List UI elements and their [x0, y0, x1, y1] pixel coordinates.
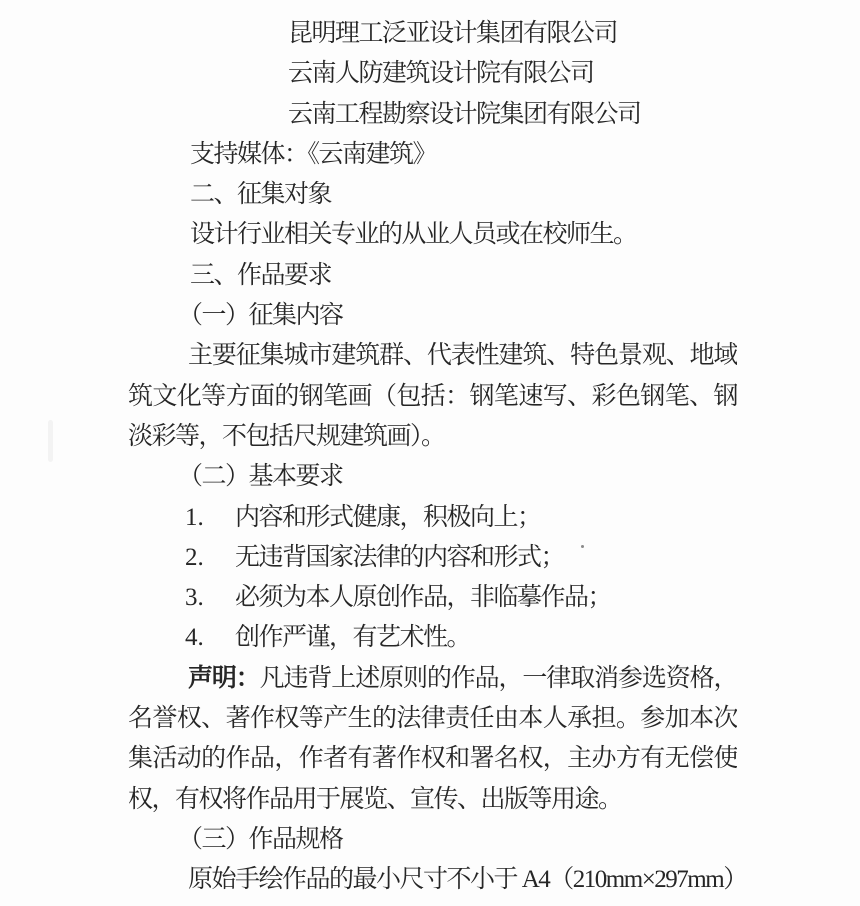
support-media-line: 支持媒体：《云南建筑》 [128, 135, 737, 175]
scan-artifact-smudge [48, 420, 53, 462]
declaration-label: 声明： [188, 665, 260, 692]
list-item-text: 无违背国家法律的内容和形式； [235, 544, 564, 571]
scan-artifact-dot [581, 545, 584, 548]
paragraph-line: 淡彩等，不包括尺规建筑画）。 [128, 417, 737, 457]
list-item-text: 创作严谨，有艺术性。 [235, 624, 470, 651]
declaration-line: 权，有权将作品用于展览、宣传、出版等用途。 [128, 780, 737, 820]
list-item-text: 必须为本人原创作品，非临摹作品； [235, 584, 611, 611]
paragraph-line: 筑文化等方面的钢笔画（包括：钢笔速写、彩色钢笔、钢笔 [128, 377, 737, 417]
declaration-line: 声明：凡违背上述原则的作品，一律取消参选资格，因 [128, 659, 737, 699]
list-item: 4.创作严谨，有艺术性。 [128, 618, 737, 658]
subsection-1-heading: （一）征集内容 [128, 296, 737, 336]
list-item-number: 4. [185, 618, 235, 658]
list-item: 3.必须为本人原创作品，非临摹作品； [128, 578, 737, 618]
paragraph-line: 原始手绘作品的最小尺寸不小于 A4（210mm×297mm） [128, 860, 737, 900]
declaration-line: 名誉权、著作权等产生的法律责任由本人承担。参加本次征 [128, 699, 737, 739]
paragraph-line: 主要征集城市建筑群、代表性建筑、特色景观、地域建 [128, 336, 737, 376]
subsection-3-heading: （三）作品规格 [128, 820, 737, 860]
list-item-text: 内容和形式健康，积极向上； [235, 504, 541, 531]
organizer-line: 昆明理工泛亚设计集团有限公司 [128, 14, 737, 54]
list-item-number: 2. [185, 538, 235, 578]
subsection-2-heading: （二）基本要求 [128, 457, 737, 497]
scanned-document-page: { "page": { "background": "#fdfdfd", "te… [0, 0, 860, 906]
organizer-line: 云南工程勘察设计院集团有限公司 [128, 95, 737, 135]
section-3-heading: 三、作品要求 [128, 256, 737, 296]
section-2-heading: 二、征集对象 [128, 175, 737, 215]
organizer-line: 云南人防建筑设计院有限公司 [128, 54, 737, 94]
declaration-text: 凡违背上述原则的作品，一律取消参选资格，因 [188, 665, 737, 699]
list-item: 2.无违背国家法律的内容和形式； [128, 538, 737, 578]
list-item-number: 1. [185, 498, 235, 538]
document-text-block: 昆明理工泛亚设计集团有限公司 云南人防建筑设计院有限公司 云南工程勘察设计院集团… [128, 14, 737, 901]
list-item-number: 3. [185, 578, 235, 618]
list-item: 1.内容和形式健康，积极向上； [128, 498, 737, 538]
section-2-body: 设计行业相关专业的从业人员或在校师生。 [128, 215, 737, 255]
declaration-line: 集活动的作品，作者有著作权和署名权，主办方有无偿使用 [128, 739, 737, 779]
